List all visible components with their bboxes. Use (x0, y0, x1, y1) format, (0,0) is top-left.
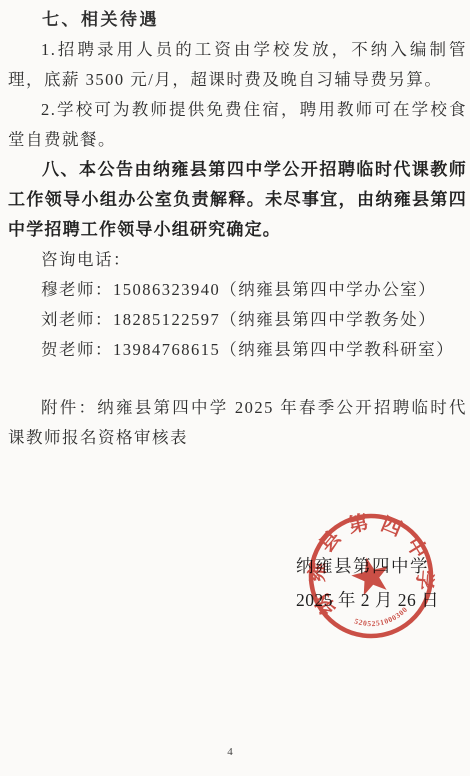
attachment-note: 附件：纳雍县第四中学 2025 年春季公开招聘临时代课教师报名资格审核表 (8, 393, 467, 453)
signature-date: 2025 年 2 月 26 日 (296, 583, 439, 617)
contact-line-liu: 刘老师：18285122597（纳雍县第四中学教务处） (8, 305, 467, 335)
contact-line-mu: 穆老师：15086323940（纳雍县第四中学办公室） (8, 275, 467, 305)
page-number: 4 (200, 746, 260, 758)
para-salary: 1.招聘录用人员的工资由学校发放，不纳入编制管理，底薪 3500 元/月，超课时… (8, 35, 467, 95)
contact-name: 穆老师： (41, 280, 113, 299)
contact-phone: 15086323940 (113, 280, 220, 299)
para-housing: 2.学校可为教师提供免费住宿，聘用教师可在学校食堂自费就餐。 (8, 95, 467, 155)
document-body: 七、相关待遇 1.招聘录用人员的工资由学校发放，不纳入编制管理，底薪 3500 … (8, 5, 467, 453)
signature-school: 纳雍县第四中学 (296, 549, 439, 583)
contact-heading: 咨询电话： (8, 245, 467, 275)
contact-phone: 18285122597 (113, 310, 220, 329)
contact-org: （纳雍县第四中学办公室） (220, 280, 436, 299)
contact-phone: 13984768615 (113, 340, 220, 359)
document-page: 七、相关待遇 1.招聘录用人员的工资由学校发放，不纳入编制管理，底薪 3500 … (0, 0, 470, 776)
contact-name: 贺老师： (41, 340, 113, 359)
contact-org: （纳雍县第四中学教务处） (220, 310, 436, 329)
contact-name: 刘老师： (41, 310, 113, 329)
para-interpretation: 八、本公告由纳雍县第四中学公开招聘临时代课教师工作领导小组办公室负责解释。未尽事… (8, 155, 467, 245)
contact-line-he: 贺老师：13984768615（纳雍县第四中学教科研室） (8, 335, 467, 365)
contact-org: （纳雍县第四中学教科研室） (220, 340, 454, 359)
section-heading-benefits: 七、相关待遇 (8, 5, 467, 35)
signature-block: 纳雍县第四中学 2025 年 2 月 26 日 (296, 549, 439, 617)
